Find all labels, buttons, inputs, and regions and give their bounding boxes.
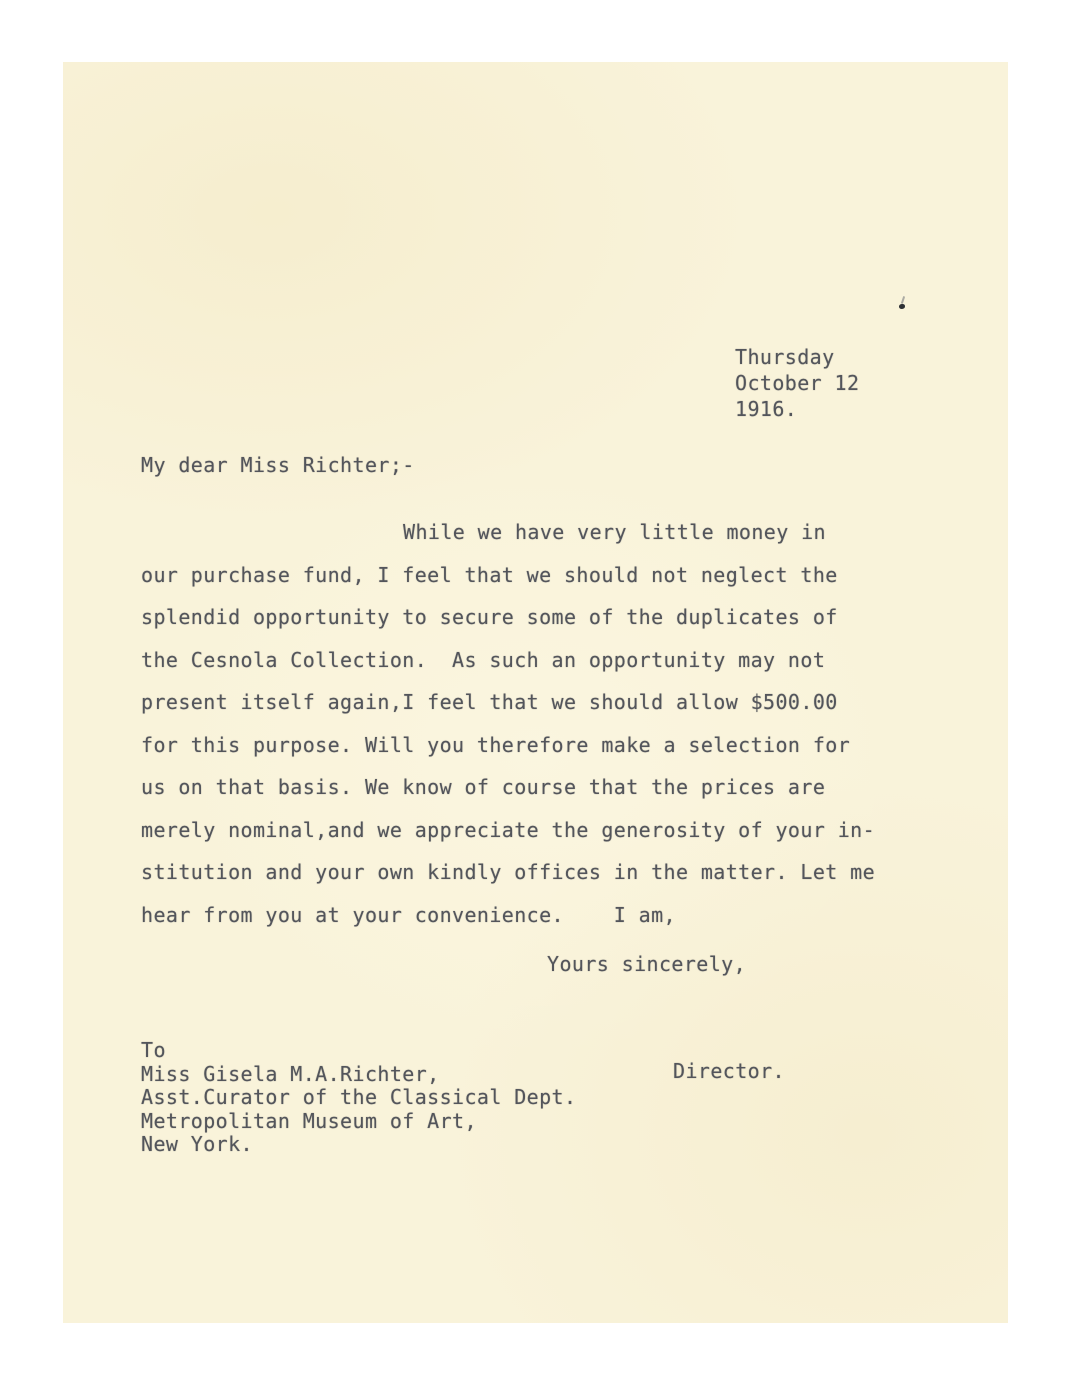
signature-title: Director. bbox=[673, 1059, 785, 1083]
scanned-letter-page: ThursdayOctober 121916. My dear Miss Ric… bbox=[0, 0, 1071, 1386]
body-line: us on that basis. We know of course that… bbox=[141, 766, 875, 809]
date-line: Thursday bbox=[735, 344, 859, 370]
body-line: merely nominal,and we appreciate the gen… bbox=[141, 809, 875, 852]
recipient-address-block: ToMiss Gisela M.A.Richter,Asst.Curator o… bbox=[141, 1039, 576, 1157]
body-line: for this purpose. Will you therefore mak… bbox=[141, 724, 875, 767]
body-line: splendid opportunity to secure some of t… bbox=[141, 596, 875, 639]
body-line: While we have very little money in bbox=[141, 511, 875, 554]
body-line: stitution and your own kindly offices in… bbox=[141, 851, 875, 894]
salutation: My dear Miss Richter;- bbox=[141, 453, 415, 477]
letter-paper: ThursdayOctober 121916. My dear Miss Ric… bbox=[63, 62, 1008, 1323]
recipient-line: Miss Gisela M.A.Richter, bbox=[141, 1063, 576, 1087]
closing-phrase: Yours sincerely, bbox=[547, 952, 746, 976]
ink-speck-tail bbox=[901, 296, 905, 304]
recipient-line: Metropolitan Museum of Art, bbox=[141, 1110, 576, 1134]
ink-speck-mark bbox=[898, 296, 908, 310]
recipient-line: To bbox=[141, 1039, 576, 1063]
body-line: our purchase fund, I feel that we should… bbox=[141, 554, 875, 597]
body-line: present itself again,I feel that we shou… bbox=[141, 681, 875, 724]
body-line: hear from you at your convenience. I am, bbox=[141, 894, 875, 937]
recipient-line: New York. bbox=[141, 1133, 576, 1157]
date-line: 1916. bbox=[735, 396, 859, 422]
recipient-line: Asst.Curator of the Classical Dept. bbox=[141, 1086, 576, 1110]
letter-body: While we have very little money inour pu… bbox=[141, 511, 875, 936]
ink-speck-dot bbox=[899, 304, 905, 309]
body-line: the Cesnola Collection. As such an oppor… bbox=[141, 639, 875, 682]
date-block: ThursdayOctober 121916. bbox=[735, 344, 859, 422]
date-line: October 12 bbox=[735, 370, 859, 396]
